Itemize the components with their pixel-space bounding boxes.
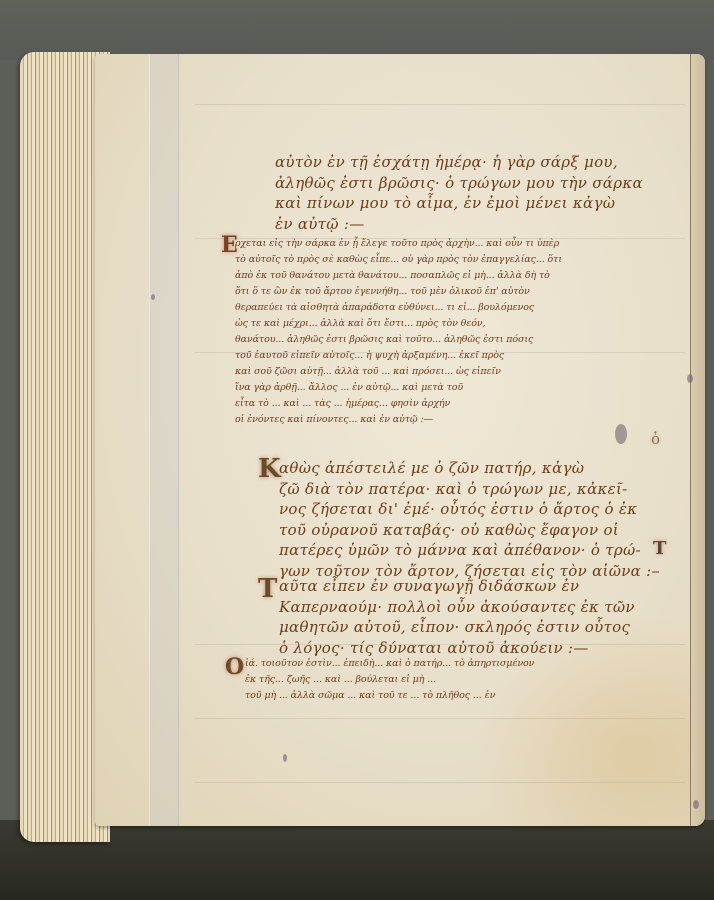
- commentary-block-1: ρχεται εἰς τὴν σάρκα ἐν ᾗ ἔλεγε τοῦτο πρ…: [235, 236, 675, 428]
- commentary-line: θανάτου... ἀληθῶς ἐστι βρῶσις καὶ τοῦτο.…: [235, 332, 675, 348]
- commentary-line: καὶ σοῦ ζῶσι αὐτῇ... ἀλλὰ τοῦ ... καὶ πρ…: [235, 364, 675, 380]
- tape-strip: [149, 54, 179, 826]
- ruling-line: [195, 782, 685, 783]
- text-line: καὶ πίνων μου τὸ αἷμα, ἐν ἐμοὶ μένει κἀγ…: [275, 193, 655, 214]
- ink-spot: [687, 374, 693, 383]
- margin-letter: Τ: [653, 538, 666, 559]
- text-line: νος ζήσεται δι' ἐμέ· οὗτός ἐστιν ὁ ἄρτος…: [279, 499, 659, 520]
- manuscript-leaf: αὐτὸν ἐν τῇ ἐσχάτῃ ἡμέρᾳ· ἡ γὰρ σάρξ μου…: [95, 54, 705, 826]
- ink-spot: [151, 294, 155, 300]
- text-line: αῦτα εἶπεν ἐν συναγωγῇ διδάσκων ἐν: [279, 576, 659, 597]
- text-line: πατέρες ὑμῶν τὸ μάννα καὶ ἀπέθανον· ὁ τρ…: [279, 540, 659, 561]
- text-line: ἀληθῶς ἐστι βρῶσις· ὁ τρώγων μου τὴν σάρ…: [275, 173, 655, 194]
- decorated-initial: Ο: [225, 654, 244, 680]
- margin-letter: ὁ: [651, 430, 660, 448]
- commentary-line: ἵνα γὰρ ἀρθῇ... ἄλλος ... ἐν αὐτῷ... καὶ…: [235, 380, 675, 396]
- commentary-line: τὸ αὐτοῖς τὸ πρὸς σὲ καθὼς εἶπε... οὐ γὰ…: [235, 252, 675, 268]
- text-block-2: αθὼς ἀπέστειλέ με ὁ ζῶν πατήρ, κἀγὼ ζῶ δ…: [279, 458, 659, 581]
- binding-gutter: [690, 54, 705, 826]
- decorated-initial: Κ: [258, 454, 281, 484]
- commentary-line: τοῦ μὴ ... ἀλλὰ σῶμα ... καὶ τοῦ τε ... …: [245, 688, 675, 704]
- text-line: Καπερναούμ· πολλοὶ οὖν ἀκούσαντες ἐκ τῶν: [279, 597, 659, 618]
- ruling-line: [195, 104, 685, 105]
- text-line: αὐτὸν ἐν τῇ ἐσχάτῃ ἡμέρᾳ· ἡ γὰρ σάρξ μου…: [275, 152, 655, 173]
- commentary-line: ρχεται εἰς τὴν σάρκα ἐν ᾗ ἔλεγε τοῦτο πρ…: [235, 236, 675, 252]
- ruling-line: [195, 718, 685, 719]
- decorated-initial: Τ: [258, 574, 277, 604]
- text-line: τοῦ οὐρανοῦ καταβάς· οὐ καθὼς ἔφαγον οἱ: [279, 520, 659, 541]
- text-block-1: αὐτὸν ἐν τῇ ἐσχάτῃ ἡμέρᾳ· ἡ γὰρ σάρξ μου…: [275, 152, 655, 234]
- ink-spot: [283, 754, 287, 762]
- commentary-line: ἐκ τῆς... ζωῆς ... καὶ ... βούλεται εἰ μ…: [245, 672, 675, 688]
- text-line: αθὼς ἀπέστειλέ με ὁ ζῶν πατήρ, κἀγὼ: [279, 458, 659, 479]
- commentary-line: ὡς τε καὶ μέχρι... ἀλλὰ καὶ ὅτι ἔστι... …: [235, 316, 675, 332]
- text-line: ἐν αὐτῷ :—: [275, 214, 655, 235]
- commentary-line: ἀπὸ ἐκ τοῦ θανάτου μετὰ θανάτου... ποσαπ…: [235, 268, 675, 284]
- commentary-line: οἱ ἐνόντες καὶ πίνοντες... καὶ ἐν αὐτῷ :…: [235, 412, 675, 428]
- commentary-line: ὅτι ὅ τε ὢν ἐκ τοῦ ἄρτου ἐγεννήθη... τοῦ…: [235, 284, 675, 300]
- commentary-line: τοῦ ἑαυτοῦ εἰπεῖν αὐτοῖς... ἡ ψυχὴ ἀρξαμ…: [235, 348, 675, 364]
- commentary-line: θεραπεύει τὰ αἰσθητὰ ἀπαράδοτα εὐθύνει..…: [235, 300, 675, 316]
- text-line: μαθητῶν αὐτοῦ, εἶπον· σκληρός ἐστιν οὗτο…: [279, 617, 659, 638]
- commentary-line: ἰά. τοιοῦτον ἐστὶν... ἐπειδὴ... καὶ ὁ πα…: [245, 656, 675, 672]
- background-top: [0, 0, 714, 60]
- ink-spot: [693, 800, 699, 809]
- text-block-3: αῦτα εἶπεν ἐν συναγωγῇ διδάσκων ἐν Καπερ…: [279, 576, 659, 658]
- commentary-line: εἶτα τὸ ... καὶ ... τὰς ... ἡμέρας... φη…: [235, 396, 675, 412]
- text-line: ὁ λόγος· τίς δύναται αὐτοῦ ἀκούειν :—: [279, 638, 659, 659]
- text-line: ζῶ διὰ τὸν πατέρα· καὶ ὁ τρώγων με, κἀκε…: [279, 479, 659, 500]
- commentary-block-2: ἰά. τοιοῦτον ἐστὶν... ἐπειδὴ... καὶ ὁ πα…: [245, 656, 675, 704]
